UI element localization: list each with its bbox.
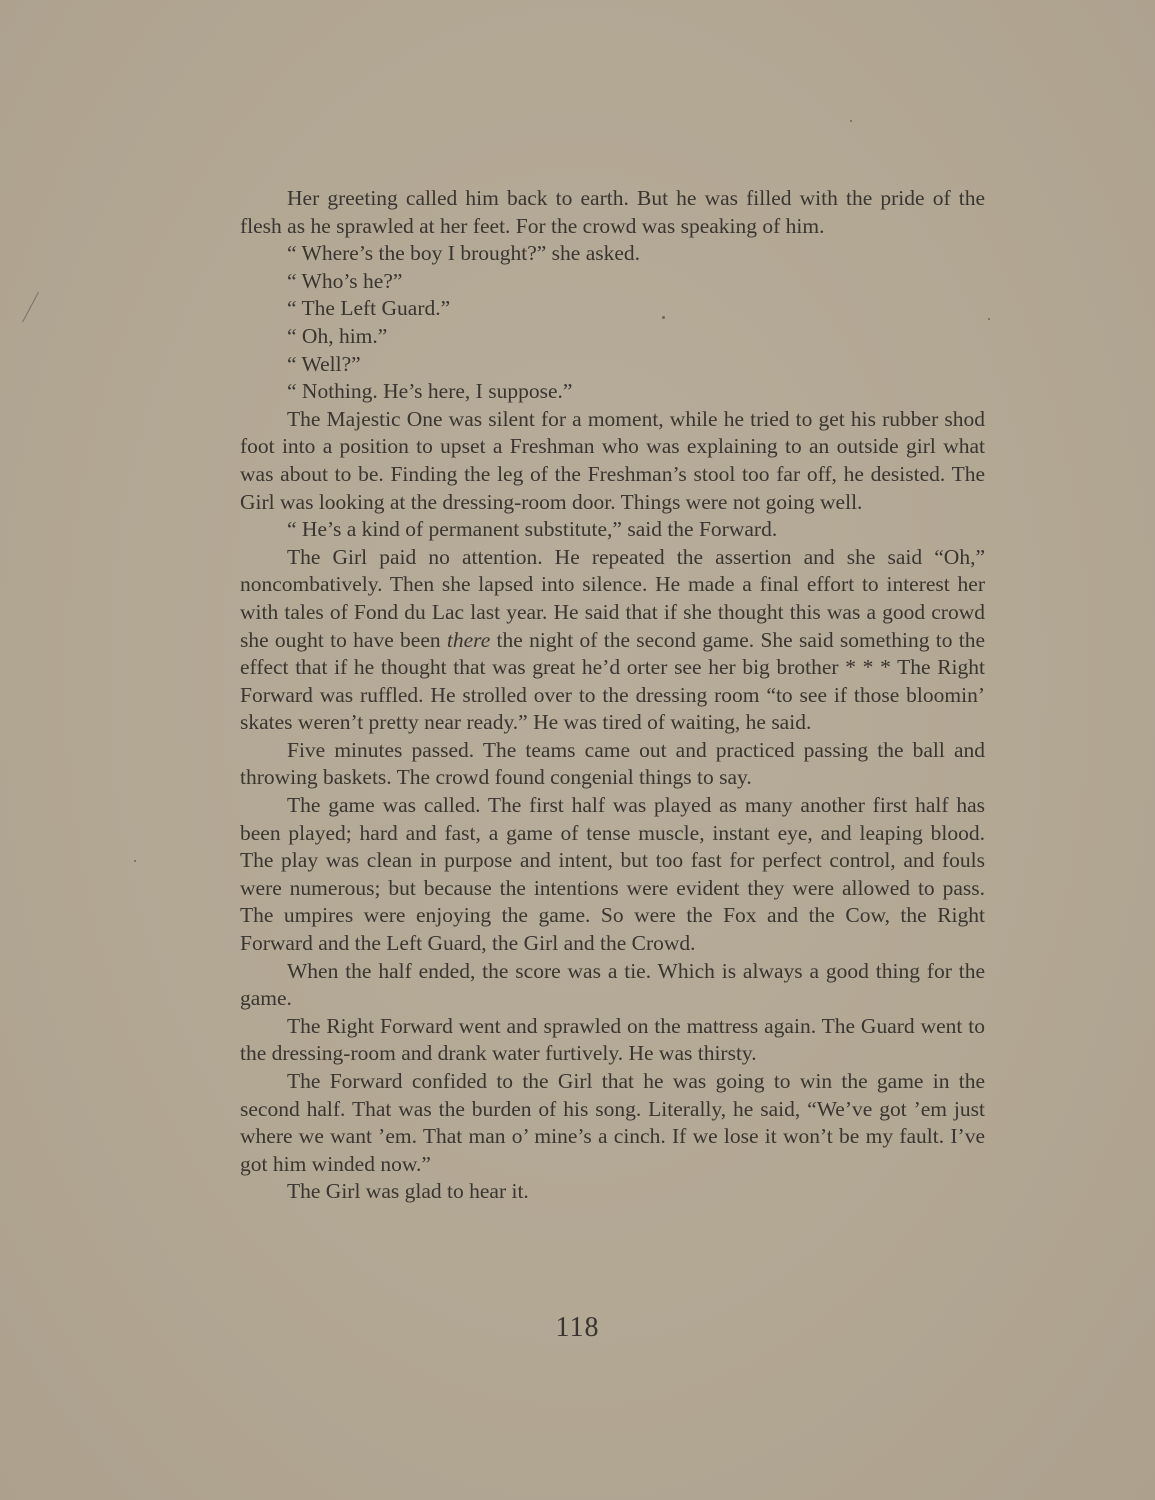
paper-speck [850,120,852,122]
paragraph: The Girl was glad to hear it. [240,1178,985,1206]
paragraph: The Forward confided to the Girl that he… [240,1068,985,1178]
paragraph: Five minutes passed. The teams came out … [240,737,985,792]
book-page: Her greeting called him back to earth. B… [0,0,1155,1500]
paragraph: The Right Forward went and sprawled on t… [240,1013,985,1068]
page-number: 118 [0,1312,1155,1344]
paper-speck [988,318,990,320]
paper-speck [134,860,136,862]
emphasized-word: there [447,628,490,652]
paragraph: “ Nothing. He’s here, I suppose.” [240,378,985,406]
paragraph: The Majestic One was silent for a moment… [240,406,985,516]
paragraph: “ Well?” [240,351,985,379]
paragraph: The game was called. The first half was … [240,792,985,958]
paragraph: Her greeting called him back to earth. B… [240,185,985,240]
paragraph: “ He’s a kind of permanent substitute,” … [240,516,985,544]
body-text: Her greeting called him back to earth. B… [240,185,985,1206]
paragraph: “ Where’s the boy I brought?” she asked. [240,240,985,268]
paragraph: “ Who’s he?” [240,268,985,296]
paragraph: “ The Left Guard.” [240,295,985,323]
margin-mark [22,292,39,322]
paragraph: The Girl paid no attention. He repeated … [240,544,985,737]
paragraph: When the half ended, the score was a tie… [240,958,985,1013]
paragraph: “ Oh, him.” [240,323,985,351]
